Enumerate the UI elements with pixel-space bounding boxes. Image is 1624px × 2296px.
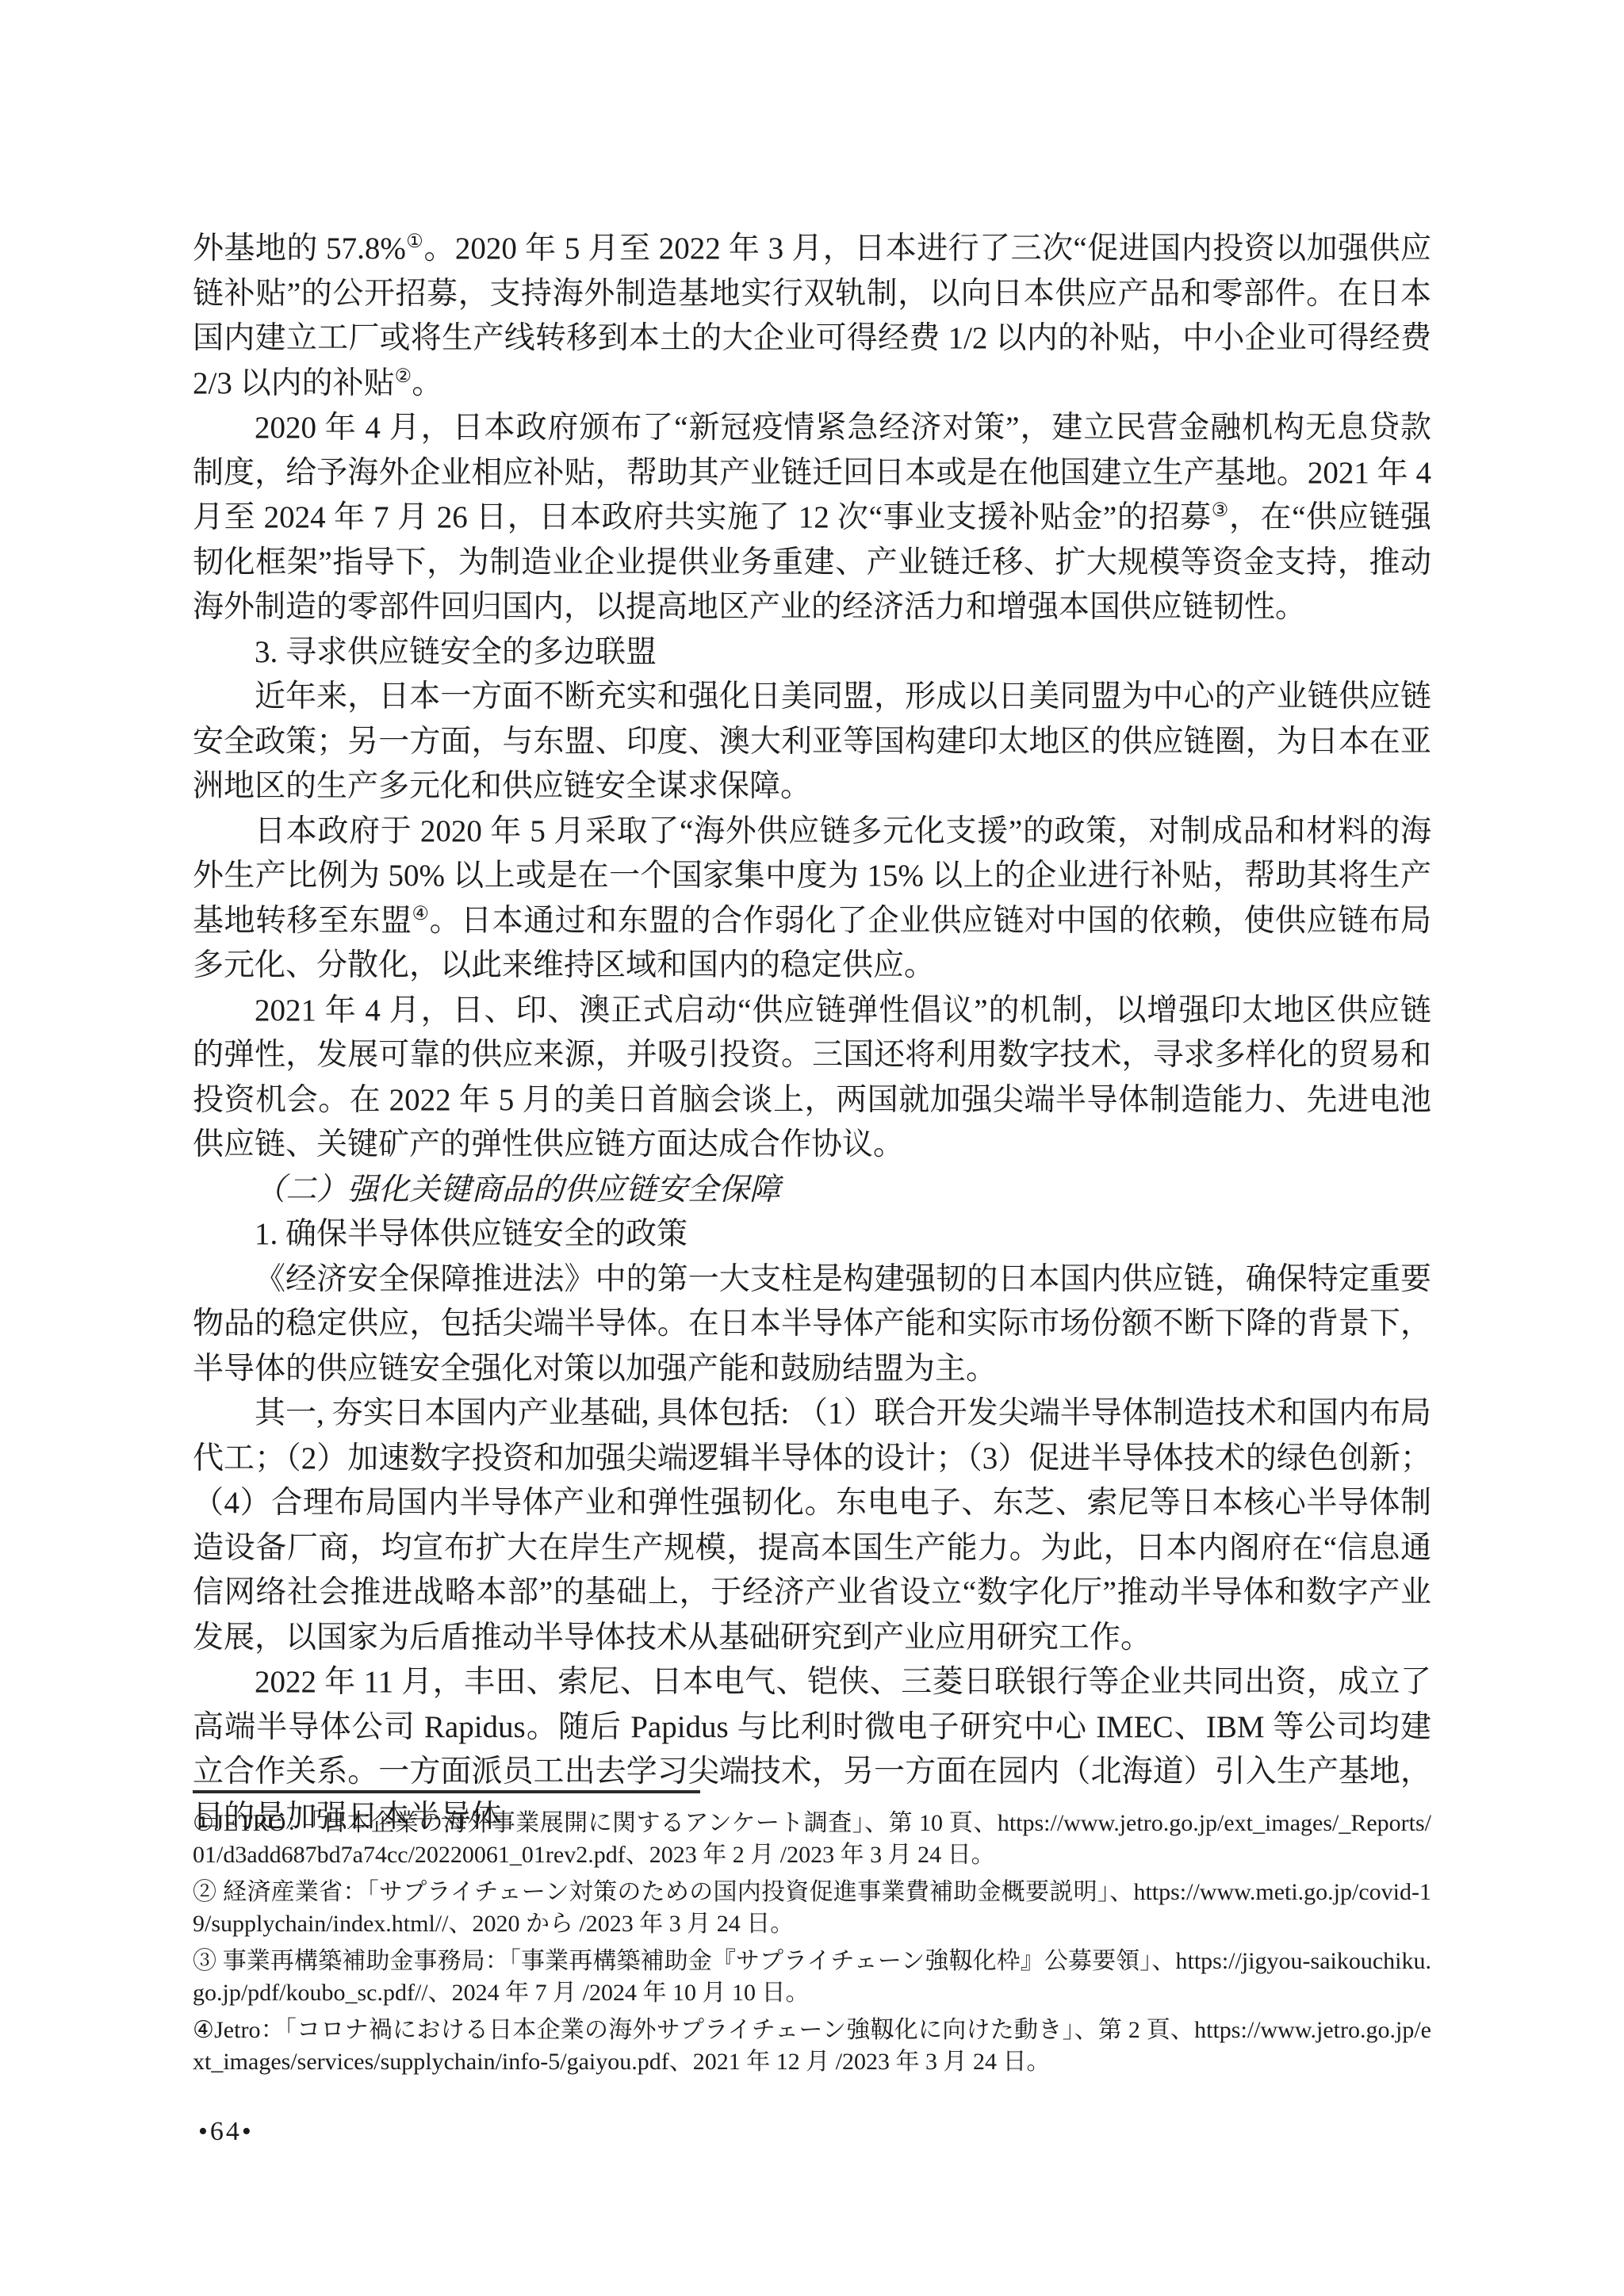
document-page: 外基地的 57.8%①。2020 年 5 月至 2022 年 3 月，日本进行了… <box>0 0 1624 2296</box>
footnote: ①JETRO：「日本企業の海外事業展開に関するアンケート調査」、第 10 頁、h… <box>193 1808 1431 1871</box>
body-paragraph: 2021 年 4 月，日、印、澳正式启动“供应链弹性倡议”的机制，以增强印太地区… <box>193 989 1431 1168</box>
footnote-block: ①JETRO：「日本企業の海外事業展開に関するアンケート調査」、第 10 頁、h… <box>193 1790 1431 2084</box>
body-paragraph: 《经济安全保障推进法》中的第一大支柱是构建强韧的日本国内供应链，确保特定重要物品… <box>193 1257 1431 1392</box>
section-heading: （二）强化关键商品的供应链安全保障 <box>193 1168 1431 1213</box>
body-paragraph: 近年来，日本一方面不断充实和强化日美同盟，形成以日美同盟为中心的产业链供应链安全… <box>193 675 1431 809</box>
body-text-block: 外基地的 57.8%①。2020 年 5 月至 2022 年 3 月，日本进行了… <box>193 227 1431 1839</box>
page-number: •64• <box>198 2117 254 2147</box>
body-paragraph: 外基地的 57.8%①。2020 年 5 月至 2022 年 3 月，日本进行了… <box>193 227 1431 406</box>
body-paragraph: 其一, 夯实日本国内产业基础, 具体包括: （1）联合开发尖端半导体制造技术和国… <box>193 1391 1431 1660</box>
numbered-subheading: 1. 确保半导体供应链安全的政策 <box>193 1212 1431 1257</box>
body-paragraph: 日本政府于 2020 年 5 月采取了“海外供应链多元化支援”的政策，对制成品和… <box>193 809 1431 989</box>
footnote: ③ 事業再構築補助金事務局：「事業再構築補助金『サプライチェーン強靱化枠』公募要… <box>193 1946 1431 2009</box>
footnote: ② 経済産業省：「サプライチェーン対策のための国内投資促進事業費補助金概要説明」… <box>193 1877 1431 1940</box>
numbered-subheading: 3. 寻求供应链安全的多边联盟 <box>193 630 1431 675</box>
footnote: ④Jetro：「コロナ禍における日本企業の海外サプライチェーン強靱化に向けた動き… <box>193 2015 1431 2078</box>
body-paragraph: 2020 年 4 月，日本政府颁布了“新冠疫情紧急经济对策”，建立民营金融机构无… <box>193 406 1431 630</box>
footnote-separator <box>193 1790 700 1793</box>
